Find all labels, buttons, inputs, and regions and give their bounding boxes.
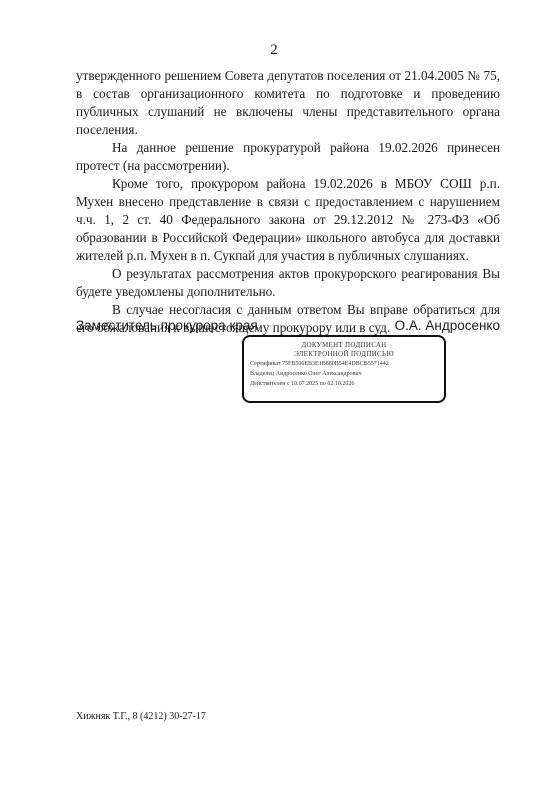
- signature-block: Заместитель прокурора края О.А. Андросен…: [76, 318, 500, 333]
- stamp-title-line2: ЭЛЕКТРОННОЙ ПОДПИСЬЮ: [250, 350, 438, 359]
- paragraph-results-notice: О результатах рассмотрения актов прокуро…: [76, 265, 500, 301]
- stamp-owner: Владелец Андросенко Олег Александрович: [250, 370, 438, 379]
- stamp-certificate: Сертификат 75FB506EB3E1B880B54E4DBCB5571…: [250, 360, 438, 369]
- stamp-validity: Действителен с 10.07.2025 по 02.10.2026: [250, 380, 438, 389]
- paragraph-representation: Кроме того, прокурором района 19.02.2026…: [76, 175, 500, 265]
- signatory-position: Заместитель прокурора края: [76, 318, 258, 333]
- electronic-signature-stamp: ДОКУМЕНТ ПОДПИСАН ЭЛЕКТРОННОЙ ПОДПИСЬЮ С…: [242, 335, 446, 403]
- paragraph-continuation: утвержденного решением Совета депутатов …: [76, 67, 500, 139]
- paragraph-protest: На данное решение прокуратурой района 19…: [76, 139, 500, 175]
- document-page: 2 утвержденного решением Совета депутато…: [0, 0, 548, 800]
- signatory-name: О.А. Андросенко: [395, 318, 500, 333]
- letter-body: утвержденного решением Совета депутатов …: [76, 67, 500, 337]
- executor-contact: Хижняк Т.Г., 8 (4212) 30-27-17: [76, 711, 206, 722]
- page-number: 2: [0, 42, 548, 59]
- stamp-title-line1: ДОКУМЕНТ ПОДПИСАН: [250, 341, 438, 350]
